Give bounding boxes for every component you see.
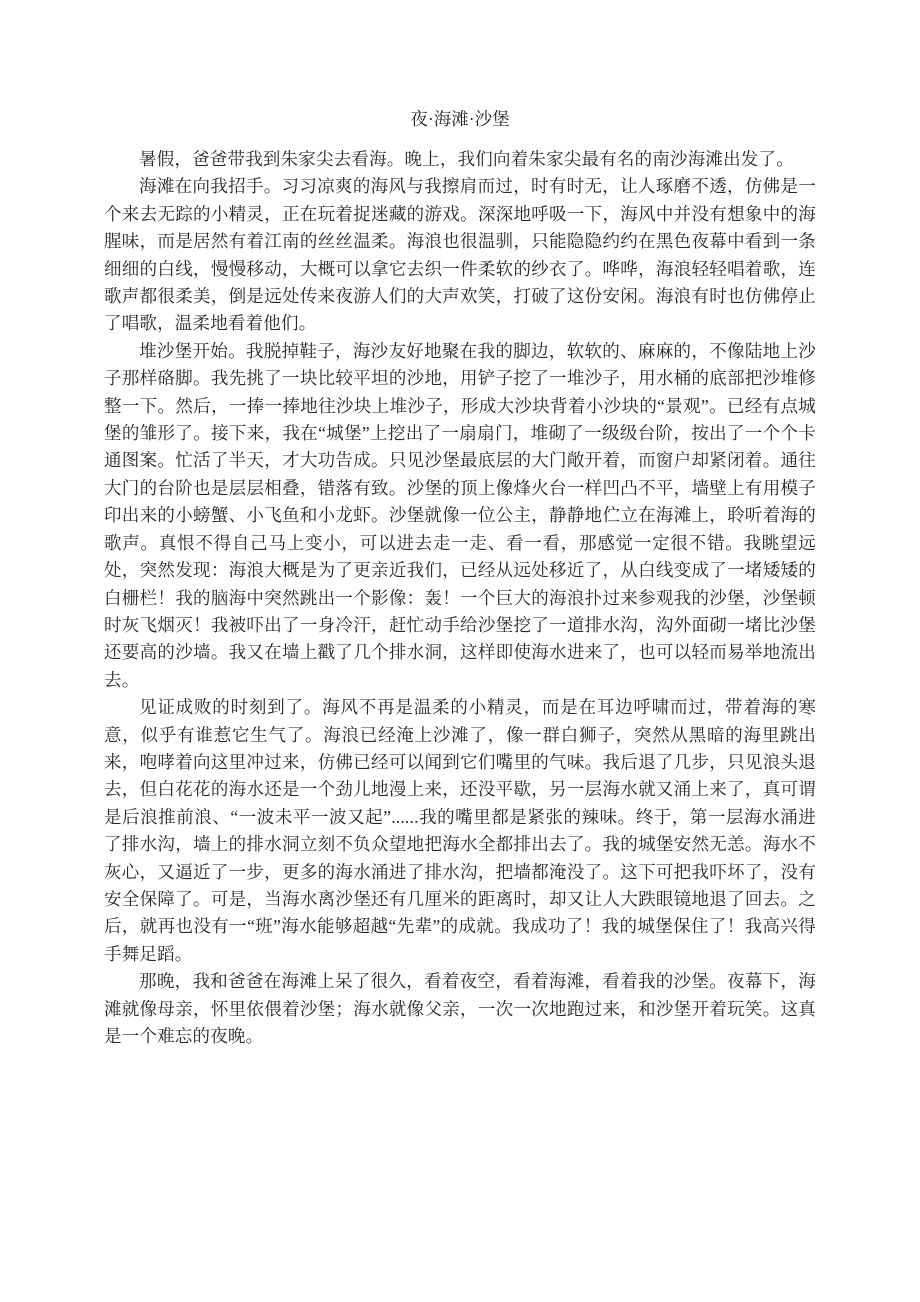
paragraph-4: 见证成败的时刻到了。海风不再是温柔的小精灵，而是在耳边呼啸而过，带着海的寒意，似… [104,694,816,968]
document-title: 夜·海滩·沙堡 [104,106,816,133]
paragraph-1: 暑假，爸爸带我到朱家尖去看海。晚上，我们向着朱家尖最有名的南沙海滩出发了。 [104,146,816,173]
document-page: 夜·海滩·沙堡 暑假，爸爸带我到朱家尖去看海。晚上，我们向着朱家尖最有名的南沙海… [104,0,816,1050]
paragraph-2: 海滩在向我招手。习习凉爽的海风与我擦肩而过，时有时无，让人琢磨不透，仿佛是一个来… [104,173,816,337]
paragraph-5: 那晚，我和爸爸在海滩上呆了很久，看着夜空，看着海滩，看着我的沙堡。夜幕下，海滩就… [104,968,816,1050]
paragraph-3: 堆沙堡开始。我脱掉鞋子，海沙友好地聚在我的脚边，软软的、麻麻的，不像陆地上沙子那… [104,338,816,694]
